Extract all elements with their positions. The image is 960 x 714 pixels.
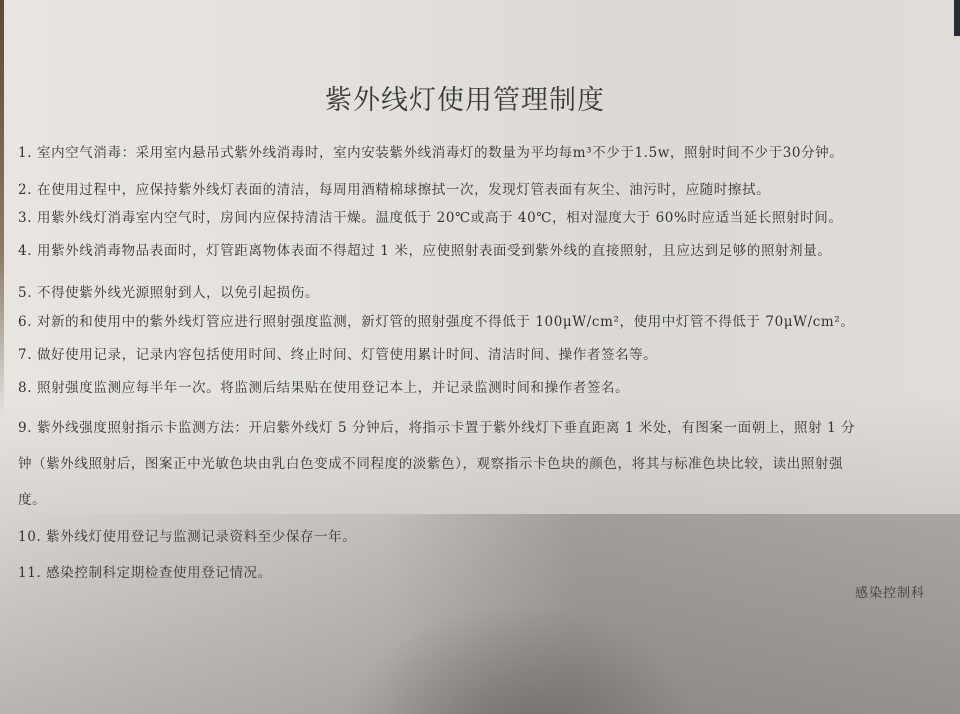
document-page: 紫外线灯使用管理制度 1. 室内空气消毒：采用室内悬吊式紫外线消毒时，室内安装紫… <box>0 0 960 714</box>
rule-item-8: 8. 照射强度监测应每半年一次。将监测后结果贴在使用登记本上，并记录监测时间和操… <box>18 376 629 396</box>
rule-item-10: 10. 紫外线灯使用登记与监测记录资料至少保存一年。 <box>18 525 356 545</box>
rule-item-6: 6. 对新的和使用中的紫外线灯管应进行照射强度监测，新灯管的照射强度不得低于 1… <box>18 310 854 330</box>
rule-item-7: 7. 做好使用记录，记录内容包括使用时间、终止时间、灯管使用累计时间、清洁时间、… <box>18 343 657 363</box>
document-title: 紫外线灯使用管理制度 <box>0 78 930 117</box>
rule-item-9-line-1: 9. 紫外线强度照射指示卡监测方法：开启紫外线灯 5 分钟后，将指示卡置于紫外线… <box>18 416 855 436</box>
rule-item-9-line-3: 度。 <box>18 488 46 508</box>
rule-item-9-line-2: 钟（紫外线照射后，图案正中光敏色块由乳白色变成不同程度的淡紫色），观察指示卡色块… <box>18 452 843 472</box>
rule-item-3: 3. 用紫外线灯消毒室内空气时，房间内应保持清洁干燥。温度低于 20℃或高于 4… <box>18 206 843 226</box>
rule-item-11: 11. 感染控制科定期检查使用登记情况。 <box>18 561 272 581</box>
rule-item-4: 4. 用紫外线消毒物品表面时，灯管距离物体表面不得超过 1 米，应使照射表面受到… <box>18 239 831 259</box>
signature-department: 感染控制科 <box>855 582 925 601</box>
page-edge <box>0 0 4 420</box>
rule-item-2: 2. 在使用过程中，应保持紫外线灯表面的清洁，每周用酒精棉球擦拭一次，发现灯管表… <box>18 178 770 198</box>
rule-item-1: 1. 室内空气消毒：采用室内悬吊式紫外线消毒时，室内安装紫外线消毒灯的数量为平均… <box>18 141 843 161</box>
rule-item-5: 5. 不得使紫外线光源照射到人，以免引起损伤。 <box>18 281 319 301</box>
background-corner <box>954 0 960 36</box>
